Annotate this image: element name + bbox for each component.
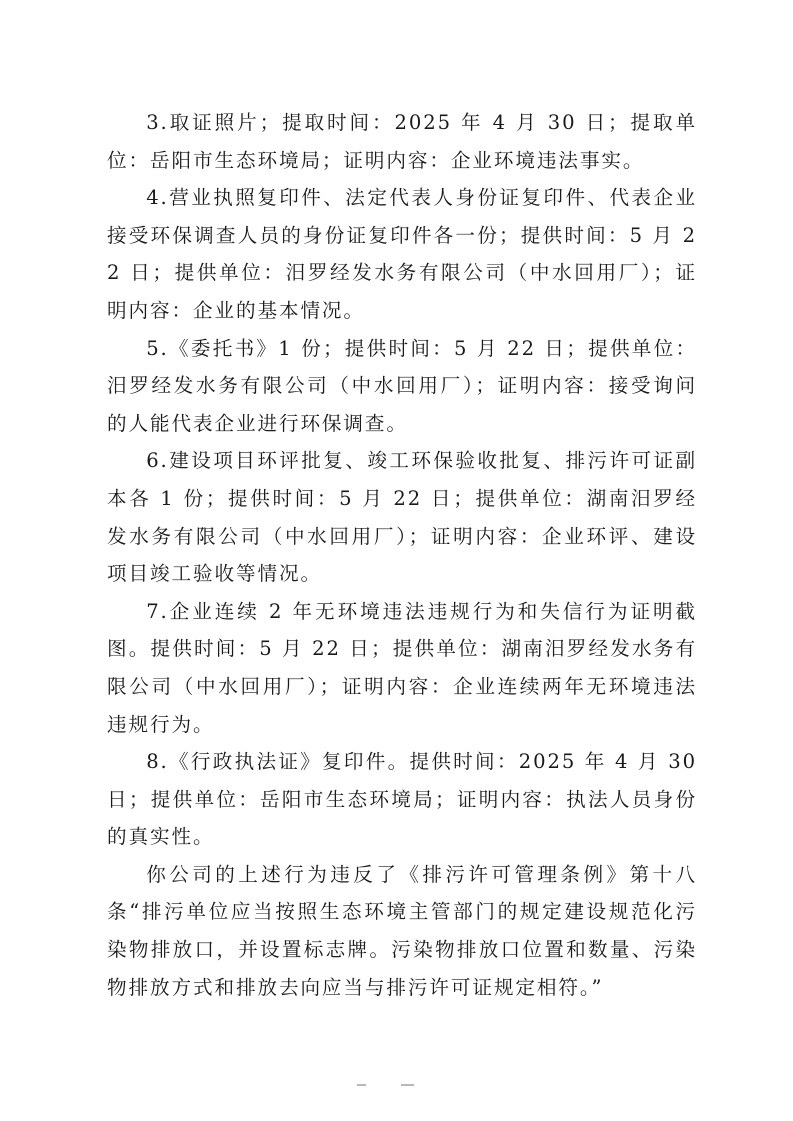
page-footer bbox=[0, 1084, 793, 1088]
page-number-dash-left bbox=[357, 1084, 366, 1086]
document-body: 3.取证照片；提取时间：2025 年 4 月 30 日；提取单位：岳阳市生态环境… bbox=[107, 104, 697, 1006]
evidence-item-7: 7.企业连续 2 年无环境违法违规行为和失信行为证明截图。提供时间：5 月 22… bbox=[107, 593, 697, 743]
violation-statement: 你公司的上述行为违反了《排污许可管理条例》第十八条“排污单位应当按照生态环境主管… bbox=[107, 856, 697, 1006]
evidence-item-4: 4.营业执照复印件、法定代表人身份证复印件、代表企业接受环保调查人员的身份证复印… bbox=[107, 179, 697, 329]
evidence-item-8: 8.《行政执法证》复印件。提供时间：2025 年 4 月 30 日；提供单位：岳… bbox=[107, 743, 697, 856]
evidence-item-6: 6.建设项目环评批复、竣工环保验收批复、排污许可证副本各 1 份；提供时间：5 … bbox=[107, 442, 697, 592]
page-number-dash-right bbox=[401, 1084, 414, 1086]
evidence-item-5: 5.《委托书》1 份；提供时间：5 月 22 日；提供单位：汨罗经发水务有限公司… bbox=[107, 330, 697, 443]
evidence-item-3: 3.取证照片；提取时间：2025 年 4 月 30 日；提取单位：岳阳市生态环境… bbox=[107, 104, 697, 179]
